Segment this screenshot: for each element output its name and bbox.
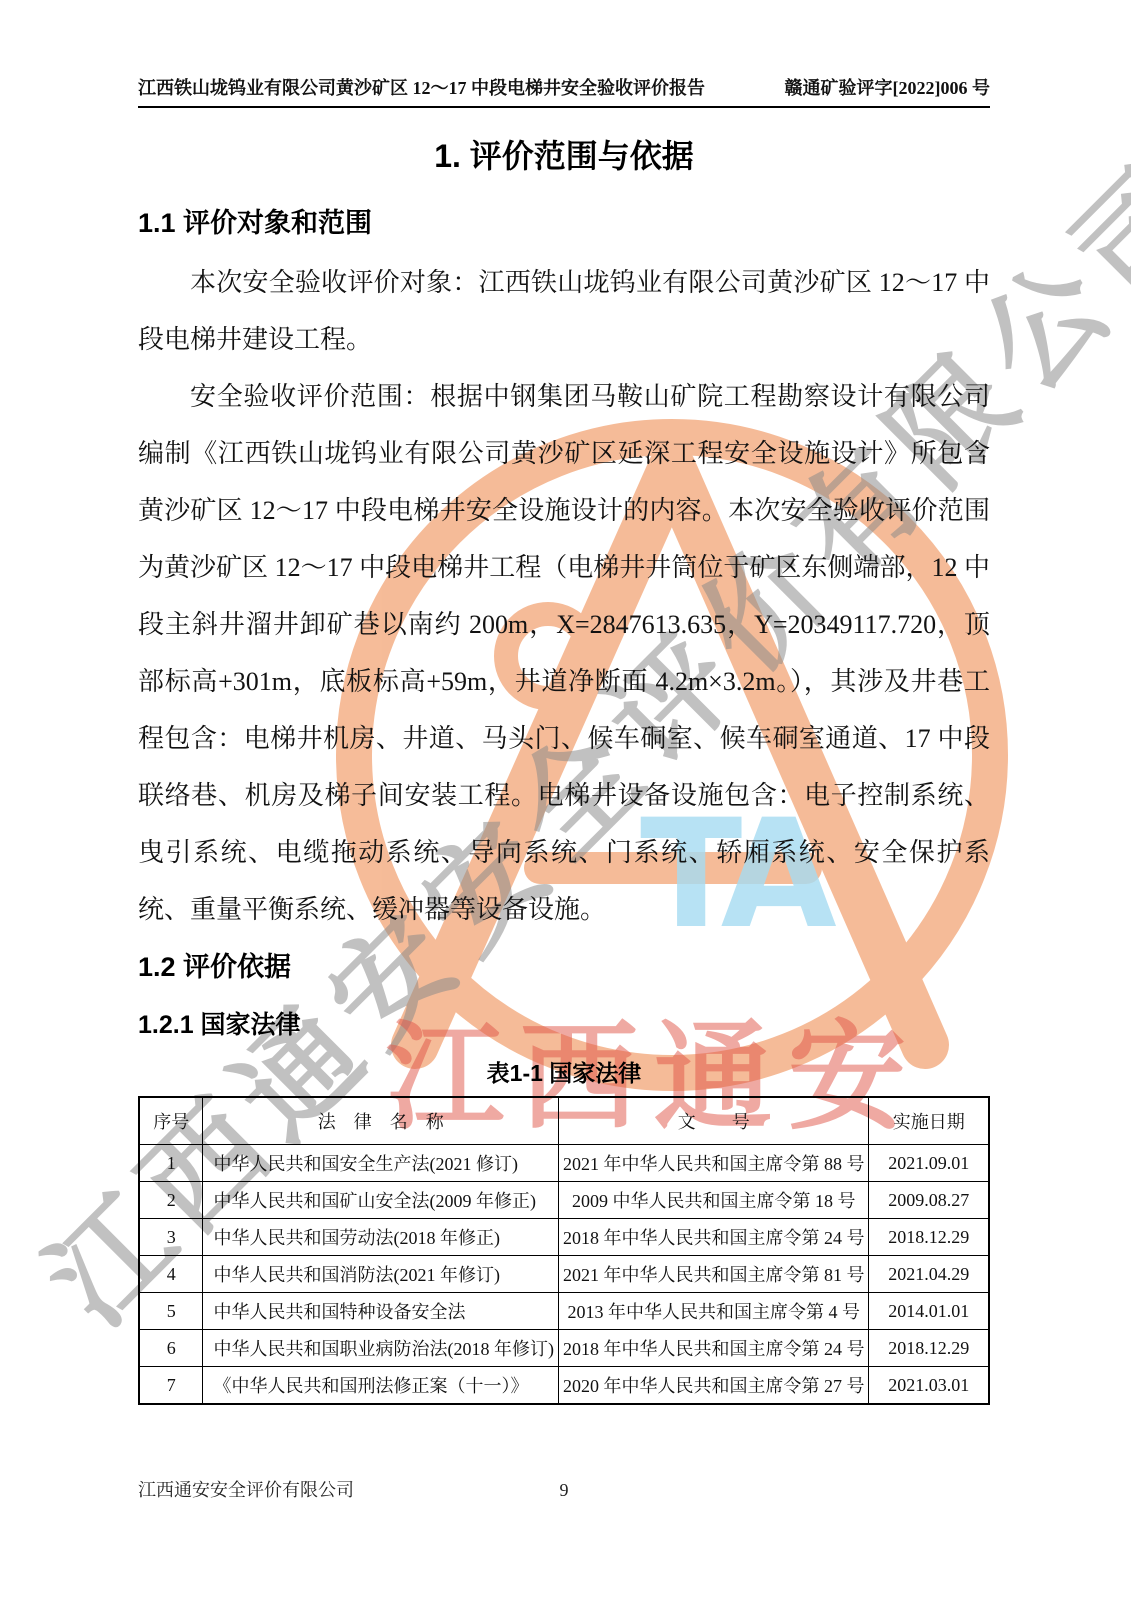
table-cell: 2018.12.29 (869, 1330, 989, 1367)
table-cell: 2 (139, 1182, 203, 1219)
table-row: 2中华人民共和国矿山安全法(2009 年修正)2009 中华人民共和国主席令第 … (139, 1182, 989, 1219)
table-cell: 中华人民共和国特种设备安全法 (203, 1293, 559, 1330)
table-cell: 4 (139, 1256, 203, 1293)
footer-company-name: 江西通安安全评价有限公司 (138, 1478, 354, 1502)
table-cell: 中华人民共和国安全生产法(2021 修订) (203, 1145, 559, 1182)
table-header-date: 实施日期 (869, 1097, 989, 1145)
paragraph-evaluation-scope: 安全验收评价范围：根据中钢集团马鞍山矿院工程勘察设计有限公司编制《江西铁山垅钨业… (138, 368, 990, 938)
table-cell: 1 (139, 1145, 203, 1182)
table-cell: 2021 年中华人民共和国主席令第 88 号 (558, 1145, 869, 1182)
report-page: TA 江西通安安全评价有限公司 江西通安 江西铁山垅钨业有限公司黄沙矿区 12～… (0, 0, 1131, 1600)
table-cell: 2021.09.01 (869, 1145, 989, 1182)
table-cell: 2009 中华人民共和国主席令第 18 号 (558, 1182, 869, 1219)
table-cell: 2018.12.29 (869, 1219, 989, 1256)
law-table-body: 1中华人民共和国安全生产法(2021 修订)2021 年中华人民共和国主席令第 … (139, 1145, 989, 1405)
table-caption: 表1-1 国家法律 (138, 1058, 990, 1088)
section-heading-1-2-1: 1.2.1 国家法律 (138, 1006, 990, 1044)
table-cell: 中华人民共和国消防法(2021 年修订) (203, 1256, 559, 1293)
header-doc-number: 赣通矿验评字[2022]006 号 (785, 76, 991, 100)
chapter-title: 1. 评价范围与依据 (138, 134, 990, 178)
table-row: 5中华人民共和国特种设备安全法2013 年中华人民共和国主席令第 4 号2014… (139, 1293, 989, 1330)
table-cell: 中华人民共和国职业病防治法(2018 年修订) (203, 1330, 559, 1367)
table-cell: 3 (139, 1219, 203, 1256)
table-cell: 2021.03.01 (869, 1367, 989, 1405)
table-cell: 2021.04.29 (869, 1256, 989, 1293)
page-header: 江西铁山垅钨业有限公司黄沙矿区 12～17 中段电梯井安全验收评价报告 赣通矿验… (138, 0, 990, 108)
table-header-name: 法 律 名 称 (203, 1097, 559, 1145)
table-cell: 2018 年中华人民共和国主席令第 24 号 (558, 1219, 869, 1256)
page-footer: 江西通安安全评价有限公司 9 (138, 1478, 990, 1502)
table-header-doc: 文 号 (558, 1097, 869, 1145)
table-row: 1中华人民共和国安全生产法(2021 修订)2021 年中华人民共和国主席令第 … (139, 1145, 989, 1182)
table-row: 3中华人民共和国劳动法(2018 年修正)2018 年中华人民共和国主席令第 2… (139, 1219, 989, 1256)
national-laws-table: 序号 法 律 名 称 文 号 实施日期 1中华人民共和国安全生产法(2021 修… (138, 1096, 990, 1405)
section-heading-1-2: 1.2 评价依据 (138, 948, 990, 986)
table-cell: 中华人民共和国劳动法(2018 年修正) (203, 1219, 559, 1256)
table-header-row: 序号 法 律 名 称 文 号 实施日期 (139, 1097, 989, 1145)
table-cell: 5 (139, 1293, 203, 1330)
table-cell: 《中华人民共和国刑法修正案（十一）》 (203, 1367, 559, 1405)
page-content: 江西铁山垅钨业有限公司黄沙矿区 12～17 中段电梯井安全验收评价报告 赣通矿验… (0, 0, 1131, 1405)
table-cell: 2018 年中华人民共和国主席令第 24 号 (558, 1330, 869, 1367)
table-header-seq: 序号 (139, 1097, 203, 1145)
header-report-title: 江西铁山垅钨业有限公司黄沙矿区 12～17 中段电梯井安全验收评价报告 (138, 76, 705, 100)
table-cell: 2009.08.27 (869, 1182, 989, 1219)
table-cell: 7 (139, 1367, 203, 1405)
table-row: 4中华人民共和国消防法(2021 年修订)2021 年中华人民共和国主席令第 8… (139, 1256, 989, 1293)
table-cell: 2013 年中华人民共和国主席令第 4 号 (558, 1293, 869, 1330)
table-cell: 2014.01.01 (869, 1293, 989, 1330)
table-row: 6中华人民共和国职业病防治法(2018 年修订)2018 年中华人民共和国主席令… (139, 1330, 989, 1367)
table-cell: 中华人民共和国矿山安全法(2009 年修正) (203, 1182, 559, 1219)
table-cell: 2020 年中华人民共和国主席令第 27 号 (558, 1367, 869, 1405)
paragraph-evaluation-object: 本次安全验收评价对象：江西铁山垅钨业有限公司黄沙矿区 12～17 中段电梯井建设… (138, 254, 990, 368)
table-cell: 6 (139, 1330, 203, 1367)
table-row: 7《中华人民共和国刑法修正案（十一）》2020 年中华人民共和国主席令第 27 … (139, 1367, 989, 1405)
section-heading-1-1: 1.1 评价对象和范围 (138, 204, 990, 242)
table-cell: 2021 年中华人民共和国主席令第 81 号 (558, 1256, 869, 1293)
